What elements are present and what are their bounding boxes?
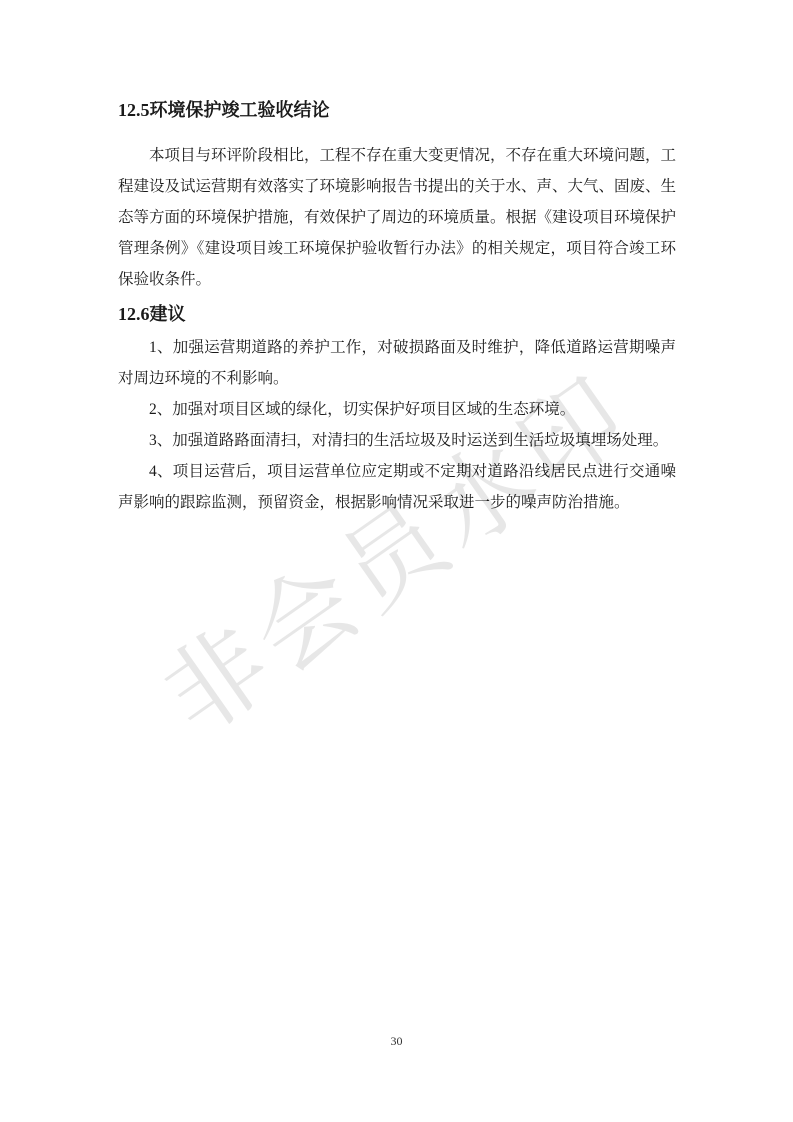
document-page: 非会员水印 12.5环境保护竣工验收结论 本项目与环评阶段相比，工程不存在重大变… (0, 0, 793, 1122)
section-heading-12-6: 12.6建议 (118, 301, 676, 327)
suggestion-item-2: 2、加强对项目区域的绿化，切实保护好项目区域的生态环境。 (118, 394, 676, 425)
section-heading-12-5: 12.5环境保护竣工验收结论 (118, 97, 676, 123)
conclusion-paragraph: 本项目与环评阶段相比，工程不存在重大变更情况，不存在重大环境问题，工程建设及试运… (118, 140, 676, 295)
suggestion-item-3: 3、加强道路路面清扫，对清扫的生活垃圾及时运送到生活垃圾填埋场处理。 (118, 425, 676, 456)
document-content: 12.5环境保护竣工验收结论 本项目与环评阶段相比，工程不存在重大变更情况，不存… (118, 97, 676, 518)
suggestion-item-4: 4、项目运营后，项目运营单位应定期或不定期对道路沿线居民点进行交通噪声影响的跟踪… (118, 456, 676, 518)
suggestion-item-1: 1、加强运营期道路的养护工作，对破损路面及时维护，降低道路运营期噪声对周边环境的… (118, 332, 676, 394)
page-number: 30 (0, 1033, 793, 1049)
